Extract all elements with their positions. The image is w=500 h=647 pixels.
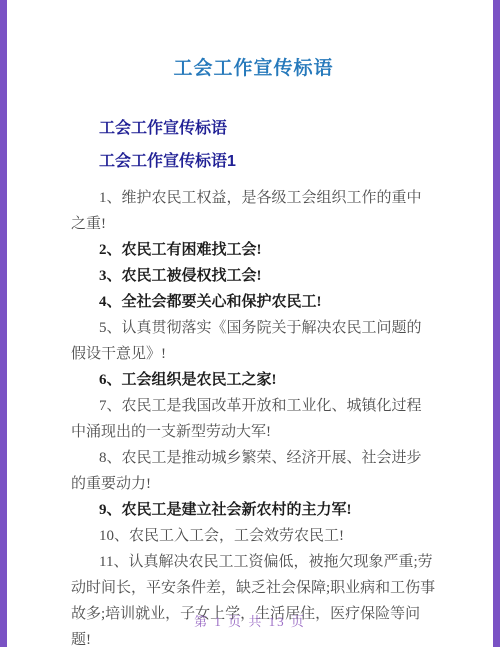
list-item: 1、维护农民工权益，是各级工会组织工作的重中之重!	[71, 185, 436, 237]
list-item: 3、农民工被侵权找工会!	[71, 263, 436, 289]
list-item: 8、农民工是推动城乡繁荣、经济开展、社会进步的重要动力!	[71, 445, 436, 497]
list-item: 4、全社会都要关心和保护农民工!	[71, 289, 436, 315]
list-item: 9、农民工是建立社会新农村的主力军!	[71, 497, 436, 523]
list-item: 7、农民工是我国改革开放和工业化、城镇化过程中涌现出的一支新型劳动大军!	[71, 393, 436, 445]
list-item: 11、认真解决农民工工资偏低，被拖欠现象严重;劳动时间长，平安条件差，缺乏社会保…	[71, 549, 436, 647]
right-accent-bar	[493, 0, 500, 647]
list-item: 6、工会组织是农民工之家!	[71, 367, 436, 393]
document-body: 工会工作宣传标语 工会工作宣传标语 工会工作宣传标语1 1、维护农民工权益，是各…	[0, 0, 500, 647]
section-heading: 工会工作宣传标语	[71, 118, 436, 140]
list-item: 2、农民工有困难找工会!	[71, 237, 436, 263]
left-accent-bar	[0, 0, 7, 647]
slogan-list: 1、维护农民工权益，是各级工会组织工作的重中之重!2、农民工有困难找工会!3、农…	[71, 185, 436, 647]
page-title: 工会工作宣传标语	[71, 56, 436, 82]
subsection-heading: 工会工作宣传标语1	[71, 151, 436, 173]
list-item: 10、农民工入工会，工会效劳农民工!	[71, 523, 436, 549]
document-page: 工会工作宣传标语 工会工作宣传标语 工会工作宣传标语1 1、维护农民工权益，是各…	[0, 0, 500, 647]
list-item: 5、认真贯彻落实《国务院关于解决农民工问题的假设干意见》!	[71, 315, 436, 367]
page-number-footer: 第 1 页 共 13 页	[0, 611, 500, 630]
